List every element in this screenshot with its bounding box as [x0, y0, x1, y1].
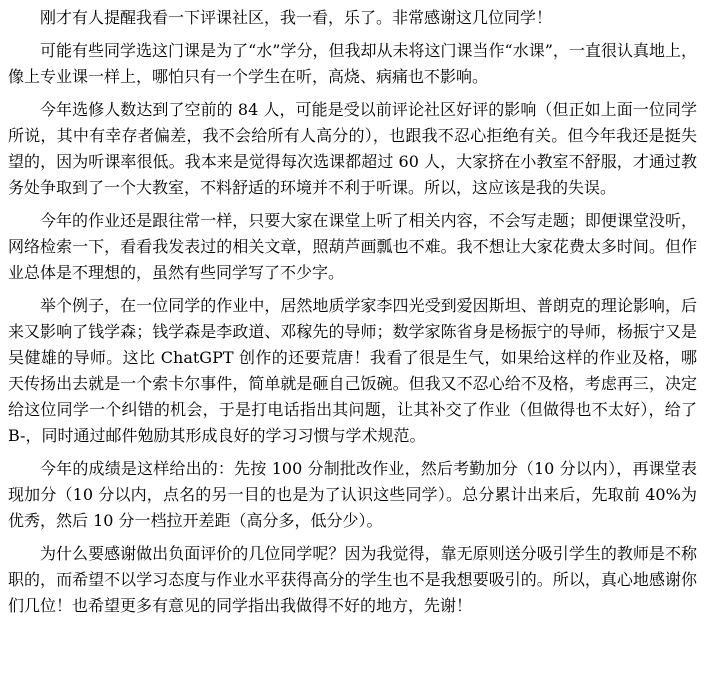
- document-body: 刚才有人提醒我看一下评课社区，我一看，乐了。非常感谢这几位同学！ 可能有些同学选…: [0, 0, 705, 619]
- paragraph: 今年选修人数达到了空前的 84 人，可能是受以前评论社区好评的影响（但正如上面一…: [8, 97, 697, 201]
- paragraph: 今年的成绩是这样给出的：先按 100 分制批改作业，然后考勤加分（10 分以内）…: [8, 456, 697, 534]
- paragraph: 今年的作业还是跟往常一样，只要大家在课堂上听了相关内容，不会写走题；即便课堂没听…: [8, 208, 697, 286]
- paragraph: 刚才有人提醒我看一下评课社区，我一看，乐了。非常感谢这几位同学！: [8, 5, 697, 31]
- page: 刚才有人提醒我看一下评课社区，我一看，乐了。非常感谢这几位同学！ 可能有些同学选…: [0, 0, 705, 673]
- paragraph: 举个例子，在一位同学的作业中，居然地质学家李四光受到爱因斯坦、普朗克的理论影响，…: [8, 293, 697, 449]
- paragraph: 可能有些同学选这门课是为了“水”学分，但我却从未将这门课当作“水课”，一直很认真…: [8, 38, 697, 90]
- paragraph: 为什么要感谢做出负面评价的几位同学呢？因为我觉得，靠无原则送分吸引学生的教师是不…: [8, 541, 697, 619]
